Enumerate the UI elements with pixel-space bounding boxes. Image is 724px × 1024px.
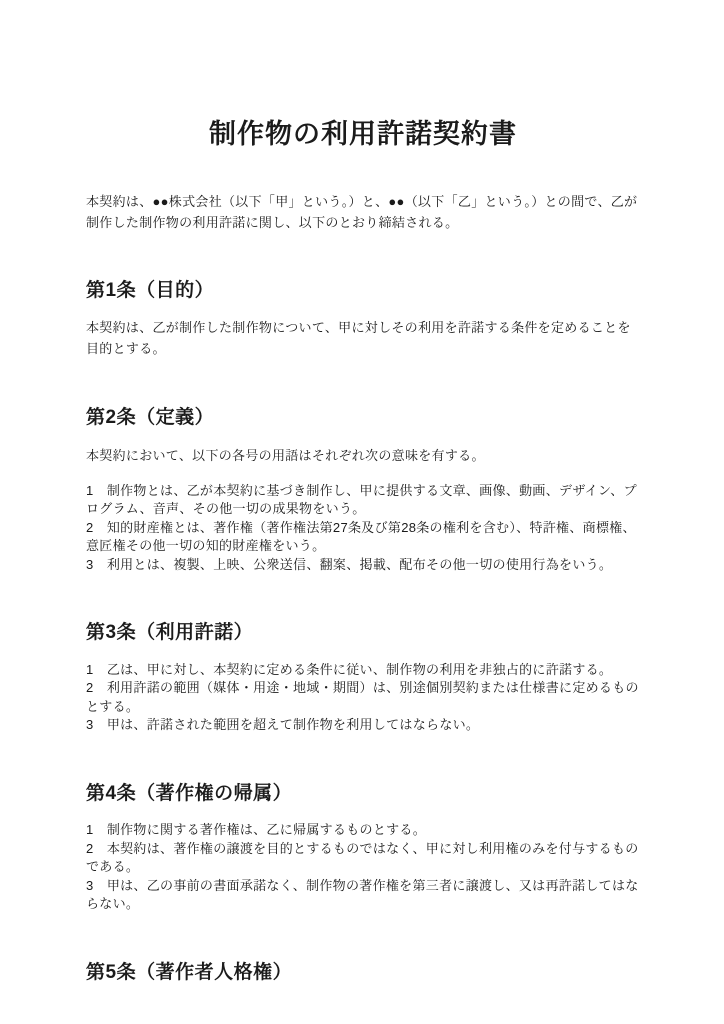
document-page: 制作物の利用許諾契約書 本契約は、●●株式会社（以下「甲」という。）と、●●（以… — [0, 0, 724, 1024]
article-2-intro: 本契約において、以下の各号の用語はそれぞれ次の意味を有する。 — [86, 446, 640, 466]
clause-item: 3 甲は、乙の事前の書面承諾なく、制作物の著作権を第三者に譲渡し、又は再許諾して… — [86, 877, 640, 914]
article-5: 第5条（著作者人格権） — [86, 962, 640, 985]
clause-item: 1 乙は、甲に対し、本契約に定める条件に従い、制作物の利用を非独占的に許諾する。 — [86, 661, 640, 679]
article-1: 第1条（目的） 本契約は、乙が制作した制作物について、甲に対しその利用を許諾する… — [86, 280, 640, 359]
article-2-heading: 第2条（定義） — [86, 407, 640, 430]
article-3: 第3条（利用許諾） 1 乙は、甲に対し、本契約に定める条件に従い、制作物の利用を… — [86, 622, 640, 735]
article-4-clauses: 1 制作物に関する著作権は、乙に帰属するものとする。 2 本契約は、著作権の譲渡… — [86, 821, 640, 913]
article-5-heading: 第5条（著作者人格権） — [86, 962, 640, 985]
article-2: 第2条（定義） 本契約において、以下の各号の用語はそれぞれ次の意味を有する。 1… — [86, 407, 640, 574]
clause-item: 2 利用許諾の範囲（媒体・用途・地域・期間）は、別途個別契約または仕様書に定める… — [86, 679, 640, 716]
article-3-heading: 第3条（利用許諾） — [86, 622, 640, 645]
clause-item: 2 本契約は、著作権の譲渡を目的とするものではなく、甲に対し利用権のみを付与する… — [86, 840, 640, 877]
article-4-heading: 第4条（著作権の帰属） — [86, 783, 640, 806]
contract-preamble: 本契約は、●●株式会社（以下「甲」という。）と、●●（以下「乙」という。）との間… — [86, 192, 640, 232]
clause-item: 2 知的財産権とは、著作権（著作権法第27条及び第28条の権利を含む）、特許権、… — [86, 519, 640, 556]
document-title: 制作物の利用許諾契約書 — [86, 118, 640, 150]
clause-item: 1 制作物に関する著作権は、乙に帰属するものとする。 — [86, 821, 640, 839]
clause-item: 1 制作物とは、乙が本契約に基づき制作し、甲に提供する文章、画像、動画、デザイン… — [86, 482, 640, 519]
article-4: 第4条（著作権の帰属） 1 制作物に関する著作権は、乙に帰属するものとする。 2… — [86, 783, 640, 914]
article-3-clauses: 1 乙は、甲に対し、本契約に定める条件に従い、制作物の利用を非独占的に許諾する。… — [86, 661, 640, 735]
article-1-body: 本契約は、乙が制作した制作物について、甲に対しその利用を許諾する条件を定めること… — [86, 318, 640, 358]
clause-item: 3 利用とは、複製、上映、公衆送信、翻案、掲載、配布その他一切の使用行為をいう。 — [86, 556, 640, 574]
clause-item: 3 甲は、許諾された範囲を超えて制作物を利用してはならない。 — [86, 716, 640, 734]
article-1-heading: 第1条（目的） — [86, 280, 640, 303]
article-2-clauses: 1 制作物とは、乙が本契約に基づき制作し、甲に提供する文章、画像、動画、デザイン… — [86, 482, 640, 574]
